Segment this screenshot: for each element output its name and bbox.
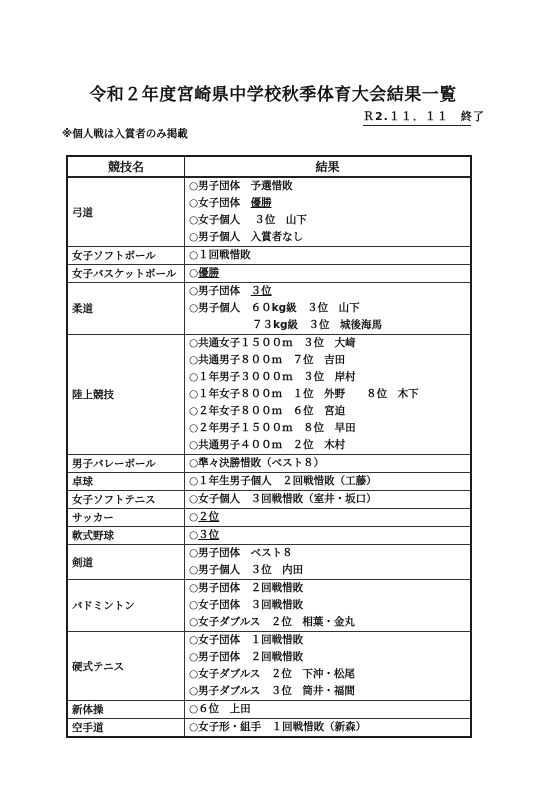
- table-row: 柔道○男子団体 ３位○男子個人 ６０kg級 ３位 山下 ７３kg級 ３位 城後海…: [67, 283, 471, 335]
- result-line: ○男子団体 ２回戦惜敗: [189, 580, 470, 597]
- result-line: ○男子個人 ６０kg級 ３位 山下: [189, 300, 470, 317]
- table-row: 女子バスケットボール○優勝: [67, 265, 471, 283]
- table-row: 女子ソフトボール○１回戦惜敗: [67, 247, 471, 265]
- result-prefix: ○１年生男子個人 ２回戦惜敗（工藤）: [189, 475, 377, 487]
- sport-name: 剣道: [67, 545, 185, 580]
- result-cell: ○女子団体 １回戦惜敗○男子団体 ２回戦惜敗○女子ダブルス ２位 下沖・松尾○男…: [185, 632, 472, 701]
- result-line: ○共通女子１５００ｍ ３位 大﨑: [189, 335, 470, 352]
- result-line: ○男子団体 予選惜敗: [189, 178, 470, 195]
- result-line: ○男子個人 ３位 内田: [189, 562, 470, 579]
- table-row: 剣道○男子団体 ベスト８○男子個人 ３位 内田: [67, 545, 471, 580]
- sport-name: 男子バレーボール: [67, 455, 185, 473]
- result-prefix: ○共通男子８００ｍ ７位 吉田: [189, 354, 345, 366]
- result-prefix: ○男子個人 ３位 内田: [189, 564, 303, 576]
- result-line: ○女子形・組手 １回戦惜敗（新森）: [189, 719, 470, 736]
- result-prefix: ○: [189, 267, 198, 279]
- result-prefix: ○１年男子３０００ｍ ３位 岸村: [189, 371, 356, 383]
- result-highlight: ２位: [198, 511, 219, 523]
- result-cell: ○男子団体 ３位○男子個人 ６０kg級 ３位 山下 ７３kg級 ３位 城後海馬: [185, 283, 472, 335]
- result-cell: ○準々決勝惜敗（ベスト８）: [185, 455, 472, 473]
- result-detail: 入賞者なし: [251, 231, 304, 243]
- table-header-row: 競技名 結果: [67, 156, 471, 177]
- result-prefix: ○準々決勝惜敗（ベスト８）: [189, 457, 324, 469]
- result-detail: 予選惜敗: [251, 180, 293, 192]
- result-detail: ３位 山下: [254, 214, 307, 226]
- sport-name: 空手道: [67, 719, 185, 738]
- result-prefix: ○女子団体 ３回戦惜敗: [189, 599, 303, 611]
- table-row: 女子ソフトテニス○女子個人 ３回戦惜敗（室井・坂口）: [67, 491, 471, 509]
- result-prefix: ○女子団体 １回戦惜敗: [189, 634, 303, 646]
- table-row: 卓球○１年生男子個人 ２回戦惜敗（工藤）: [67, 473, 471, 491]
- sport-name: 卓球: [67, 473, 185, 491]
- sport-name: 新体操: [67, 701, 185, 719]
- result-prefix: ○２年女子８００ｍ ６位 宮迫: [189, 405, 345, 417]
- sport-name: 陸上競技: [67, 335, 185, 455]
- sport-name: バドミントン: [67, 580, 185, 632]
- result-cell: ○優勝: [185, 265, 472, 283]
- result-prefix: ７３kg級 ３位 城後海馬: [189, 319, 382, 331]
- sport-name: 柔道: [67, 283, 185, 335]
- result-line: ○男子団体 ベスト８: [189, 545, 470, 562]
- result-prefix: ○女子ダブルス ２位 相葉・金丸: [189, 616, 355, 628]
- table-row: 新体操○６位 上田: [67, 701, 471, 719]
- result-line: ○共通男子４００ｍ ２位 木村: [189, 437, 470, 454]
- header-sport: 競技名: [67, 156, 185, 177]
- result-prefix: ○６位 上田: [189, 703, 251, 715]
- result-line: ○女子団体 ３回戦惜敗: [189, 597, 470, 614]
- result-prefix: ○女子個人: [189, 214, 254, 226]
- sport-name: 女子ソフトボール: [67, 247, 185, 265]
- result-line: ○２年女子８００ｍ ６位 宮迫: [189, 403, 470, 420]
- result-line: ○女子個人 ３位 山下: [189, 212, 470, 229]
- sport-name: 軟式野球: [67, 527, 185, 545]
- result-line: ○２位: [189, 509, 470, 526]
- result-cell: ○男子団体 ２回戦惜敗○女子団体 ３回戦惜敗○女子ダブルス ２位 相葉・金丸: [185, 580, 472, 632]
- sport-name: 女子バスケットボール: [67, 265, 185, 283]
- result-line: ○共通男子８００ｍ ７位 吉田: [189, 352, 470, 369]
- result-cell: ○共通女子１５００ｍ ３位 大﨑○共通男子８００ｍ ７位 吉田○１年男子３０００…: [185, 335, 472, 455]
- result-prefix: ○女子ダブルス ２位 下沖・松尾: [189, 668, 355, 680]
- result-line: ○女子ダブルス ２位 相葉・金丸: [189, 614, 470, 631]
- result-line: ７３kg級 ３位 城後海馬: [189, 317, 470, 334]
- result-prefix: ○男子団体: [189, 180, 251, 192]
- result-cell: ○６位 上田: [185, 701, 472, 719]
- results-table: 競技名 結果 弓道○男子団体 予選惜敗○女子団体 優勝○女子個人 ３位 山下○男…: [66, 155, 472, 738]
- result-prefix: ○男子団体 ベスト８: [189, 547, 293, 559]
- result-prefix: ○２年男子１５００ｍ ８位 早田: [189, 422, 356, 434]
- result-line: ○女子ダブルス ２位 下沖・松尾: [189, 666, 470, 683]
- result-prefix: ○男子団体 ２回戦惜敗: [189, 651, 303, 663]
- result-line: ○女子団体 １回戦惜敗: [189, 632, 470, 649]
- result-cell: ○男子団体 予選惜敗○女子団体 優勝○女子個人 ３位 山下○男子個人 入賞者なし: [185, 177, 472, 247]
- completion-date: Ｒ2.１１．１１ 終了: [363, 108, 471, 126]
- result-line: ○女子団体 優勝: [189, 195, 470, 212]
- result-line: ○優勝: [189, 265, 470, 282]
- result-line: ○１回戦惜敗: [189, 247, 470, 264]
- result-highlight: 優勝: [198, 267, 219, 279]
- result-line: ○１年女子８００ｍ １位 外野 ８位 木下: [189, 386, 470, 403]
- table-row: 男子バレーボール○準々決勝惜敗（ベスト８）: [67, 455, 471, 473]
- result-cell: ○女子形・組手 １回戦惜敗（新森）: [185, 719, 472, 738]
- table-row: 硬式テニス○女子団体 １回戦惜敗○男子団体 ２回戦惜敗○女子ダブルス ２位 下沖…: [67, 632, 471, 701]
- result-line: ○３位: [189, 527, 470, 544]
- result-prefix: ○１年女子８００ｍ １位 外野 ８位 木下: [189, 388, 419, 400]
- result-prefix: ○女子団体: [189, 197, 251, 209]
- result-line: ○２年男子１５００ｍ ８位 早田: [189, 420, 470, 437]
- results-body: 弓道○男子団体 予選惜敗○女子団体 優勝○女子個人 ３位 山下○男子個人 入賞者…: [67, 177, 471, 737]
- result-cell: ○２位: [185, 509, 472, 527]
- table-row: 軟式野球○３位: [67, 527, 471, 545]
- sport-name: 硬式テニス: [67, 632, 185, 701]
- result-line: ○男子団体 ３位: [189, 283, 470, 300]
- result-line: ○６位 上田: [189, 701, 470, 718]
- table-row: バドミントン○男子団体 ２回戦惜敗○女子団体 ３回戦惜敗○女子ダブルス ２位 相…: [67, 580, 471, 632]
- result-line: ○男子ダブルス ３位 筒井・福間: [189, 683, 470, 700]
- result-prefix: ○: [189, 529, 198, 541]
- result-line: ○１年男子３０００ｍ ３位 岸村: [189, 369, 470, 386]
- table-row: サッカー○２位: [67, 509, 471, 527]
- result-line: ○準々決勝惜敗（ベスト８）: [189, 455, 470, 472]
- result-line: ○男子団体 ２回戦惜敗: [189, 649, 470, 666]
- result-line: ○１年生男子個人 ２回戦惜敗（工藤）: [189, 473, 470, 490]
- result-prefix: ○男子ダブルス ３位 筒井・福間: [189, 685, 355, 697]
- result-prefix: ○男子団体: [189, 285, 251, 297]
- result-line: ○男子個人 入賞者なし: [189, 229, 470, 246]
- result-cell: ○１年生男子個人 ２回戦惜敗（工藤）: [185, 473, 472, 491]
- table-row: 弓道○男子団体 予選惜敗○女子団体 優勝○女子個人 ３位 山下○男子個人 入賞者…: [67, 177, 471, 247]
- result-line: ○女子個人 ３回戦惜敗（室井・坂口）: [189, 491, 470, 508]
- result-cell: ○女子個人 ３回戦惜敗（室井・坂口）: [185, 491, 472, 509]
- sport-name: 女子ソフトテニス: [67, 491, 185, 509]
- result-prefix: ○共通女子１５００ｍ ３位 大﨑: [189, 337, 356, 349]
- note-text: ※個人戦は入賞者のみ掲載: [62, 126, 188, 141]
- result-highlight: ３位: [198, 529, 219, 541]
- result-prefix: ○男子団体 ２回戦惜敗: [189, 582, 303, 594]
- sport-name: 弓道: [67, 177, 185, 247]
- result-prefix: ○女子個人 ３回戦惜敗（室井・坂口）: [189, 493, 377, 505]
- table-row: 陸上競技○共通女子１５００ｍ ３位 大﨑○共通男子８００ｍ ７位 吉田○１年男子…: [67, 335, 471, 455]
- result-cell: ○１回戦惜敗: [185, 247, 472, 265]
- result-highlight: 優勝: [251, 197, 272, 209]
- table-row: 空手道○女子形・組手 １回戦惜敗（新森）: [67, 719, 471, 738]
- sport-name: サッカー: [67, 509, 185, 527]
- result-prefix: ○: [189, 511, 198, 523]
- result-prefix: ○共通男子４００ｍ ２位 木村: [189, 439, 345, 451]
- result-prefix: ○女子形・組手 １回戦惜敗（新森）: [189, 721, 366, 733]
- result-prefix: ○男子個人: [189, 231, 251, 243]
- result-cell: ○３位: [185, 527, 472, 545]
- result-cell: ○男子団体 ベスト８○男子個人 ３位 内田: [185, 545, 472, 580]
- result-highlight: ３位: [251, 285, 272, 297]
- result-prefix: ○１回戦惜敗: [189, 249, 251, 261]
- document-title: 令和２年度宮崎県中学校秋季体育大会結果一覧: [0, 80, 546, 105]
- result-prefix: ○男子個人 ６０kg級 ３位 山下: [189, 302, 360, 314]
- header-result: 結果: [185, 156, 472, 177]
